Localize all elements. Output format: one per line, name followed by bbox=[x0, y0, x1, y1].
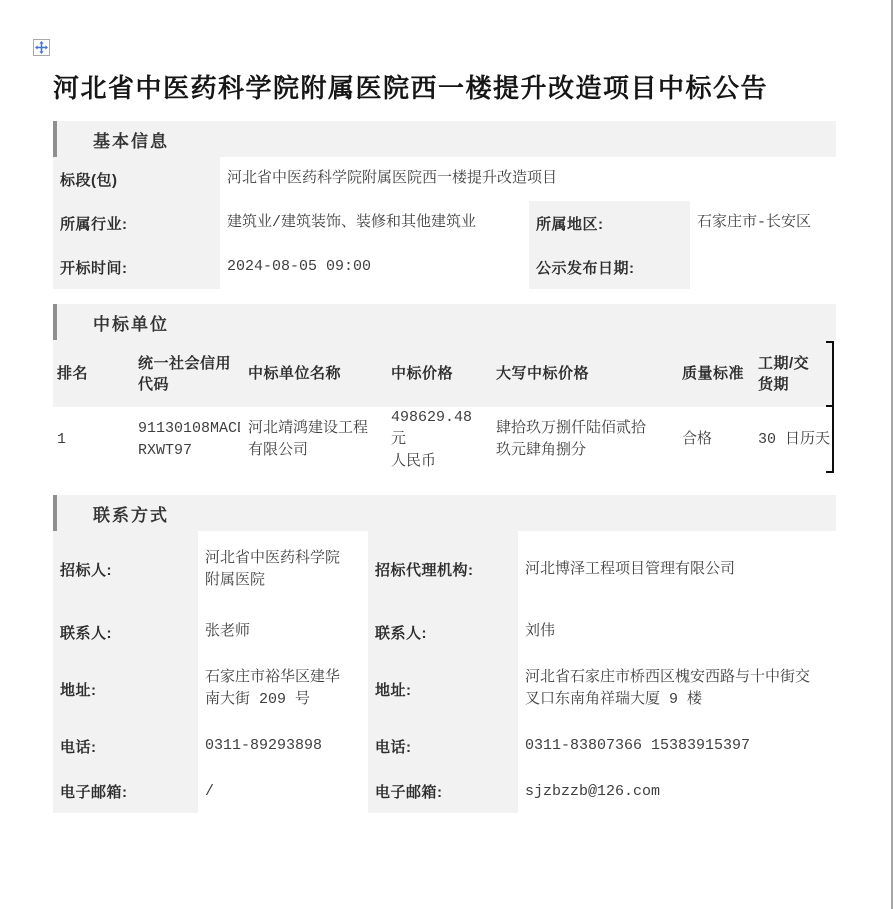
contact-tenderer-value: 河北省中医药科学院 附属医院 bbox=[198, 531, 368, 608]
contact-email2-value: sjzbzzb@126.com bbox=[518, 770, 836, 813]
winner-table-right-border bbox=[826, 341, 834, 473]
contact-address2-label: 地址: bbox=[368, 656, 518, 722]
winner-col-credit-code: 统一社会信用 代码 bbox=[130, 340, 240, 407]
section-header-contact: 联系方式 bbox=[53, 495, 836, 531]
contact-person2-value: 刘伟 bbox=[518, 608, 836, 656]
contact-phone2-value: 0311-83807366 15383915397 bbox=[518, 722, 836, 770]
winner-quality: 合格 bbox=[672, 407, 750, 473]
contact-phone1-value: 0311-89293898 bbox=[198, 722, 368, 770]
basic-info-publish-date-value bbox=[690, 245, 836, 289]
section-stripe bbox=[53, 495, 57, 531]
winner-credit-code: 91130108MACD RXWT97 bbox=[130, 407, 240, 473]
contact-email1-value: / bbox=[198, 770, 368, 813]
contact-person2-label: 联系人: bbox=[368, 608, 518, 656]
section-header-winning-bidder: 中标单位 bbox=[53, 304, 836, 340]
winner-col-quality: 质量标准 bbox=[672, 340, 750, 407]
contact-address2-value: 河北省石家庄市桥西区槐安西路与十中街交 叉口东南角祥瑞大厦 9 楼 bbox=[518, 656, 836, 722]
section-heading-winning-bidder: 中标单位 bbox=[93, 304, 169, 340]
basic-info-open-time-value: 2024-08-05 09:00 bbox=[220, 245, 529, 289]
page-title: 河北省中医药科学院附属医院西一楼提升改造项目中标公告 bbox=[53, 70, 853, 108]
winner-price-words: 肆拾玖万捌仟陆佰贰拾 玖元肆角捌分 bbox=[488, 407, 672, 473]
contact-address1-value: 石家庄市裕华区建华 南大街 209 号 bbox=[198, 656, 368, 722]
section-header-basic-info: 基本信息 bbox=[53, 121, 836, 157]
winner-rank: 1 bbox=[53, 407, 130, 473]
contact-email1-label: 电子邮箱: bbox=[53, 770, 198, 813]
section-stripe bbox=[53, 304, 57, 340]
winner-duration: 30 日历天 bbox=[750, 407, 833, 473]
contact-person1-label: 联系人: bbox=[53, 608, 198, 656]
window-right-edge bbox=[891, 0, 893, 909]
section-heading-basic-info: 基本信息 bbox=[93, 121, 169, 157]
basic-info-publish-date-label: 公示发布日期: bbox=[529, 245, 690, 289]
basic-info-industry-value: 建筑业/建筑装饰、装修和其他建筑业 bbox=[220, 201, 529, 245]
basic-info-industry-label: 所属行业: bbox=[53, 201, 220, 245]
four-way-arrow-icon bbox=[35, 41, 48, 54]
winner-col-duration: 工期/交 货期 bbox=[750, 340, 833, 407]
basic-info-section-value: 河北省中医药科学院附属医院西一楼提升改造项目 bbox=[220, 157, 836, 201]
section-stripe bbox=[53, 121, 57, 157]
contact-agency-label: 招标代理机构: bbox=[368, 531, 518, 608]
contact-person1-value: 张老师 bbox=[198, 608, 368, 656]
winner-col-rank: 排名 bbox=[53, 340, 130, 407]
contact-email2-label: 电子邮箱: bbox=[368, 770, 518, 813]
winner-col-price: 中标价格 bbox=[383, 340, 488, 407]
basic-info-region-label: 所属地区: bbox=[529, 201, 690, 245]
contact-phone1-label: 电话: bbox=[53, 722, 198, 770]
winner-col-company: 中标单位名称 bbox=[240, 340, 383, 407]
basic-info-open-time-label: 开标时间: bbox=[53, 245, 220, 289]
winner-company: 河北靖鸿建设工程 有限公司 bbox=[240, 407, 383, 473]
contact-agency-value: 河北博泽工程项目管理有限公司 bbox=[518, 531, 836, 608]
table-move-handle[interactable] bbox=[33, 39, 50, 56]
winner-col-price-words: 大写中标价格 bbox=[488, 340, 672, 407]
basic-info-region-value: 石家庄市-长安区 bbox=[690, 201, 836, 245]
contact-address1-label: 地址: bbox=[53, 656, 198, 722]
basic-info-section-label: 标段(包) bbox=[53, 157, 220, 201]
section-heading-contact: 联系方式 bbox=[93, 495, 169, 531]
contact-phone2-label: 电话: bbox=[368, 722, 518, 770]
document-page: 河北省中医药科学院附属医院西一楼提升改造项目中标公告 基本信息 标段(包) 河北… bbox=[0, 0, 894, 909]
contact-tenderer-label: 招标人: bbox=[53, 531, 198, 608]
winner-price: 498629.48 元 人民币 bbox=[383, 407, 488, 473]
